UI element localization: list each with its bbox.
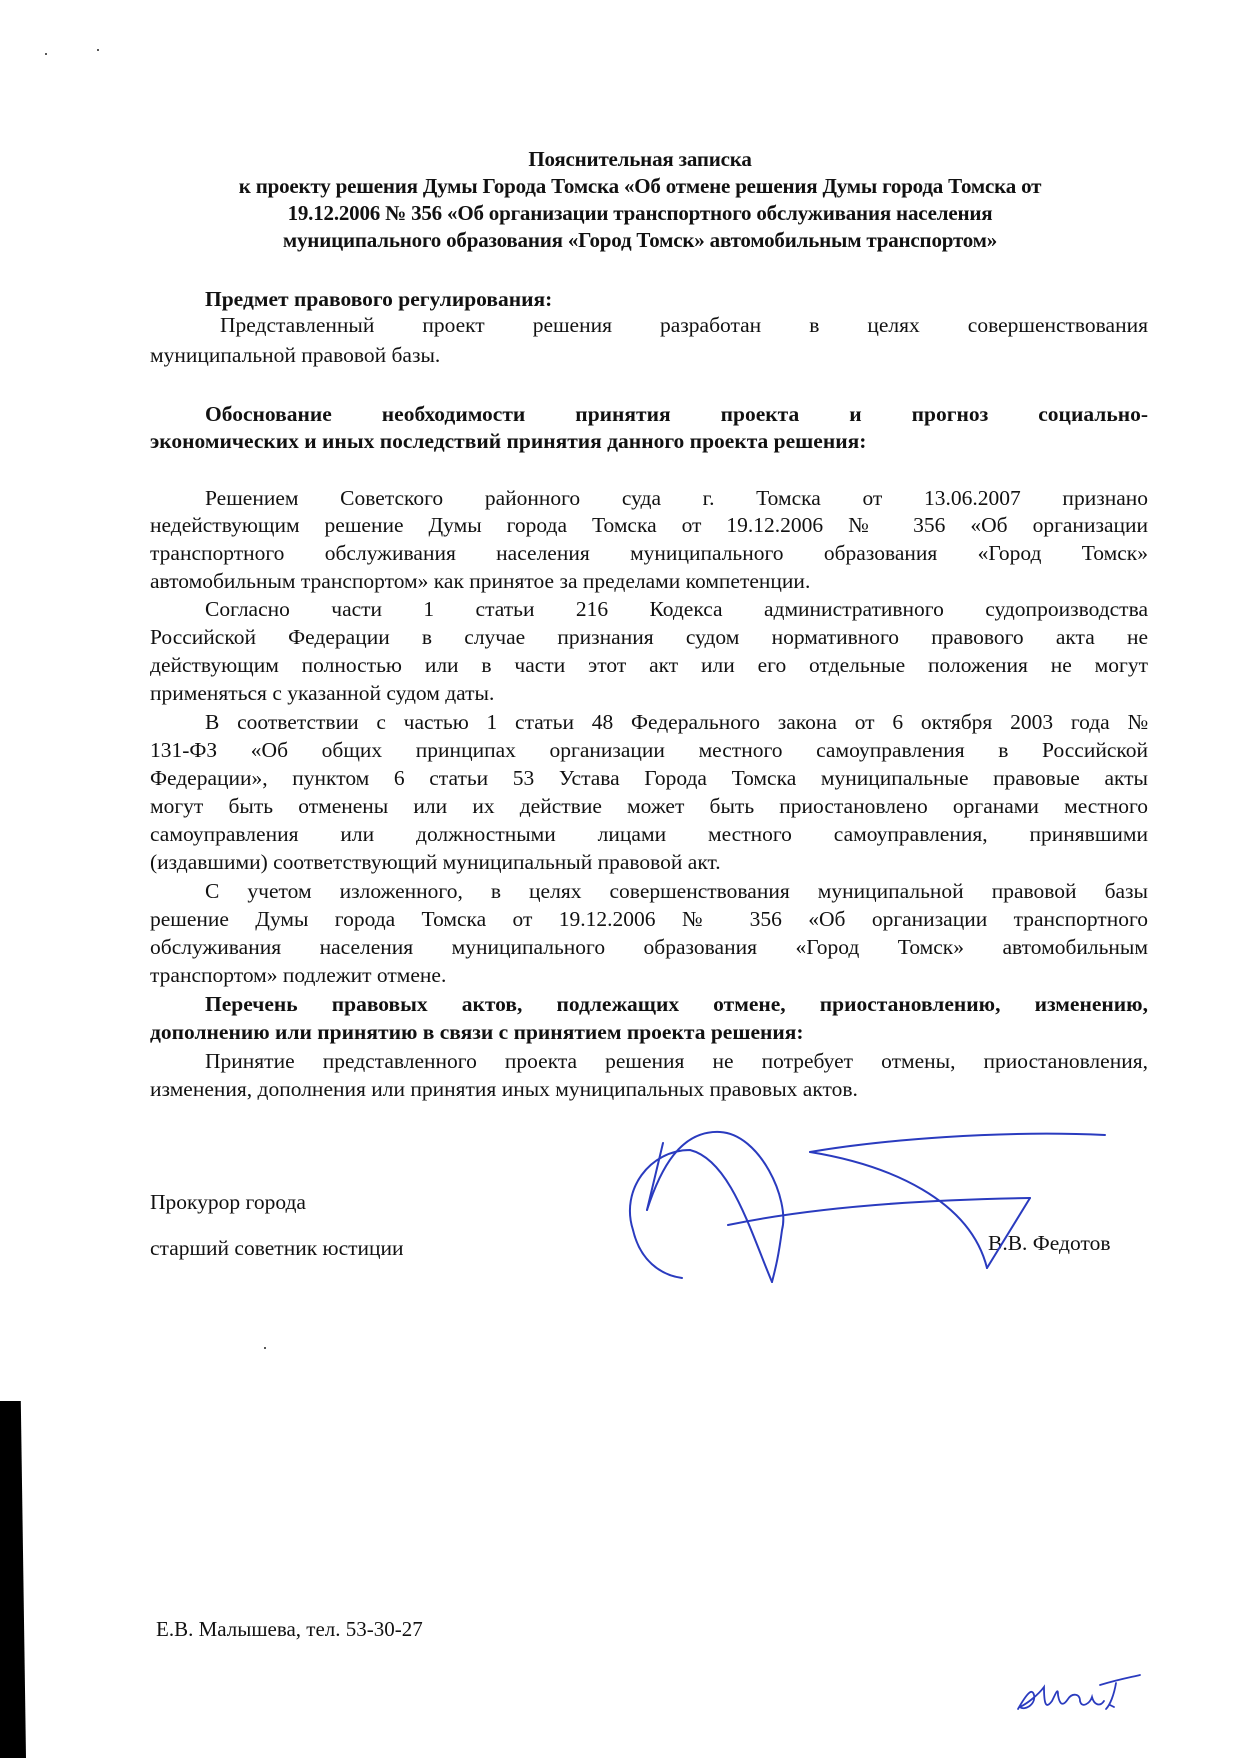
document-subtitle-line: к проекту решения Думы Города Томска «Об… — [140, 171, 1140, 201]
paragraph-line: муниципальной правовой базы. — [150, 341, 1148, 369]
paragraph-line: действующим полностью или в части этот а… — [150, 651, 1148, 679]
paragraph-line: 131-ФЗ «Об общих принципах организации м… — [150, 736, 1148, 764]
section-heading-related-acts: дополнению или принятию в связи с принят… — [150, 1018, 1148, 1046]
paragraph-line: Решением Советского районного суда г. То… — [150, 484, 1148, 512]
document-subtitle-line: 19.12.2006 № 356 «Об организации транспо… — [140, 198, 1140, 228]
paragraph-line: В соответствии с частью 1 статьи 48 Феде… — [150, 708, 1148, 736]
paragraph-line: могут быть отменены или их действие може… — [150, 792, 1148, 820]
section-heading-subject: Предмет правового регулирования: — [150, 285, 1148, 313]
paragraph-line: Российской Федерации в случае признания … — [150, 623, 1148, 651]
document-subtitle-line: муниципального образования «Город Томск»… — [140, 225, 1140, 255]
paragraph-line: решение Думы города Томска от 19.12.2006… — [150, 905, 1148, 933]
paragraph-line: самоуправления или должностными лицами м… — [150, 820, 1148, 848]
paragraph-line: автомобильным транспортом» как принятое … — [150, 567, 1148, 595]
paragraph-line: транспортом» подлежит отмене. — [150, 961, 1148, 989]
paragraph-line: Федерации», пунктом 6 статьи 53 Устава Г… — [150, 764, 1148, 792]
paragraph-line: Принятие представленного проекта решения… — [150, 1047, 1148, 1075]
scan-speck — [264, 1347, 266, 1349]
initials-signature-icon — [1010, 1665, 1170, 1725]
section-heading-related-acts: Перечень правовых актов, подлежащих отме… — [150, 990, 1148, 1018]
paragraph-line: С учетом изложенного, в целях совершенст… — [150, 877, 1148, 905]
signatory-position: Прокурор города — [150, 1190, 306, 1215]
paragraph-line: Согласно части 1 статьи 216 Кодекса адми… — [150, 595, 1148, 623]
paragraph-line: изменения, дополнения или принятия иных … — [150, 1075, 1148, 1103]
handwritten-signature-icon — [600, 1120, 1220, 1290]
paragraph-line: применяться с указанной судом даты. — [150, 679, 1148, 707]
executor-contact: Е.В. Малышева, тел. 53-30-27 — [156, 1617, 423, 1642]
scan-edge-artifact — [0, 1401, 26, 1758]
document-title: Пояснительная записка — [140, 144, 1140, 174]
paragraph-line: транспортного обслуживания населения мун… — [150, 539, 1148, 567]
scan-speck — [97, 49, 99, 51]
paragraph-line: недействующим решение Думы города Томска… — [150, 511, 1148, 539]
paragraph-line: обслуживания населения муниципального об… — [150, 933, 1148, 961]
paragraph-line: (издавшими) соответствующий муниципальны… — [150, 848, 1148, 876]
section-heading-justification: Обоснование необходимости принятия проек… — [150, 400, 1148, 428]
paragraph-line: Представленный проект решения разработан… — [150, 311, 1148, 339]
scan-speck — [45, 53, 47, 55]
signatory-rank: старший советник юстиции — [150, 1236, 404, 1261]
section-heading-justification: экономических и иных последствий приняти… — [150, 427, 1148, 455]
